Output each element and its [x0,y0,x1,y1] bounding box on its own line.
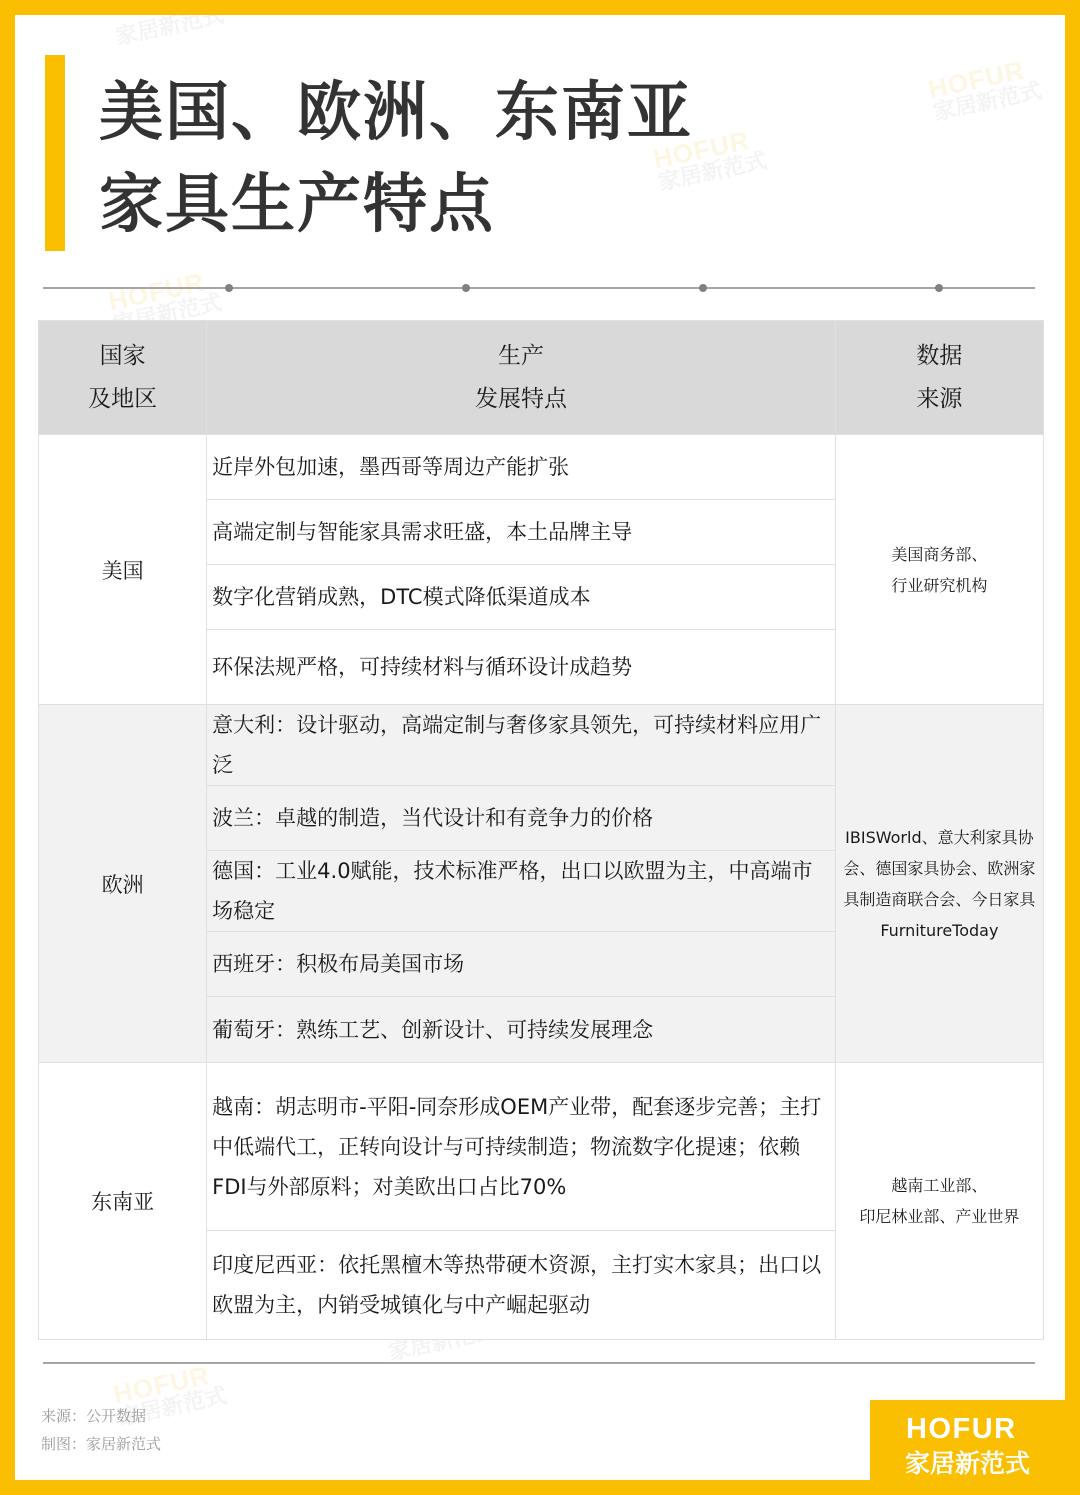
page-title-line-1: 美国、欧洲、东南亚 [99,67,693,159]
feature-cell: 近岸外包加速，墨西哥等周边产能扩张 [207,435,836,500]
feature-cell: 环保法规严格，可持续材料与循环设计成趋势 [207,630,836,705]
infographic-panel: 家居新范式 HOFUR 家居新范式 HOFUR 家居新范式 HOFUR 家居新范… [15,15,1065,1480]
feature-cell: 德国：工业4.0赋能，技术标准严格，出口以欧盟为主，中高端市场稳定 [207,851,836,932]
footer-made-by: 制图：家居新范式 [41,1430,161,1458]
source-cell-europe: IBISWorld、意大利家具协会、德国家具协会、欧洲家具制造商联合会、今日家具… [835,705,1043,1063]
header-source-line-1: 数据 [836,335,1043,378]
watermark: 家居新范式 [114,15,226,49]
footer-source: 来源：公开数据 [41,1402,161,1430]
watermark-text: HOFUR [111,1359,224,1407]
table-row: 欧洲 意大利：设计驱动，高端定制与奢侈家具领先，可持续材料应用广泛 IBISWo… [39,705,1044,786]
region-cell-southeast-asia: 东南亚 [39,1063,207,1340]
feature-cell: 葡萄牙：熟练工艺、创新设计、可持续发展理念 [207,997,836,1063]
header-region-line-1: 国家 [39,335,206,378]
header-source-line-2: 来源 [836,378,1043,421]
region-cell-europe: 欧洲 [39,705,207,1063]
source-cell-usa: 美国商务部、 行业研究机构 [835,435,1043,705]
footer-credits: 来源：公开数据 制图：家居新范式 [41,1402,161,1458]
source-text: 越南工业部、 印尼林业部、产业世界 [842,1170,1037,1232]
furniture-production-table: 国家 及地区 生产 发展特点 数据 来源 美国 近岸外包加速，墨西哥等周边产能扩… [38,320,1044,1340]
logo-text-cn: 家居新范式 [905,1444,1030,1480]
feature-cell: 印度尼西亚：依托黑檀木等热带硬木资源，主打实木家具；出口以欧盟为主，内销受城镇化… [207,1231,836,1340]
feature-cell: 数字化营销成熟，DTC模式降低渠道成本 [207,565,836,630]
logo-text-en: HOFUR [906,1413,1017,1446]
watermark: HOFUR 家居新范式 [926,54,1044,125]
table-row: 东南亚 越南：胡志明市-平阳-同奈形成OEM产业带，配套逐步完善；主打中低端代工… [39,1063,1044,1231]
feature-cell: 越南：胡志明市-平阳-同奈形成OEM产业带，配套逐步完善；主打中低端代工，正转向… [207,1063,836,1231]
header-features: 生产 发展特点 [207,321,836,435]
feature-cell: 意大利：设计驱动，高端定制与奢侈家具领先，可持续材料应用广泛 [207,705,836,786]
divider-dot [462,284,470,292]
feature-cell: 高端定制与智能家具需求旺盛，本土品牌主导 [207,500,836,565]
divider-dot [699,284,707,292]
source-cell-southeast-asia: 越南工业部、 印尼林业部、产业世界 [835,1063,1043,1340]
header-features-line-2: 发展特点 [207,378,835,421]
header-features-line-1: 生产 [207,335,835,378]
table-row: 美国 近岸外包加速，墨西哥等周边产能扩张 美国商务部、 行业研究机构 [39,435,1044,500]
title-divider [43,287,1035,289]
source-text: 美国商务部、 行业研究机构 [842,539,1037,601]
footer-divider [43,1362,1035,1364]
title-accent-bar [45,55,65,251]
table-header-row: 国家 及地区 生产 发展特点 数据 来源 [39,321,1044,435]
watermark-text: 家居新范式 [114,15,226,49]
feature-cell: 波兰：卓越的制造，当代设计和有竞争力的价格 [207,786,836,851]
brand-logo: HOFUR 家居新范式 [870,1400,1065,1480]
header-region: 国家 及地区 [39,321,207,435]
page-title-line-2: 家具生产特点 [99,159,693,251]
watermark-text: HOFUR [106,266,219,314]
source-text: IBISWorld、意大利家具协会、德国家具协会、欧洲家具制造商联合会、今日家具… [842,822,1037,946]
region-cell-usa: 美国 [39,435,207,705]
header-region-line-2: 及地区 [39,378,206,421]
watermark-text: HOFUR [926,54,1039,102]
divider-dot [225,284,233,292]
watermark-text: 家居新范式 [932,81,1044,125]
page-title: 美国、欧洲、东南亚 家具生产特点 [99,67,693,251]
header-source: 数据 来源 [835,321,1043,435]
divider-dot [935,284,943,292]
feature-cell: 西班牙：积极布局美国市场 [207,932,836,997]
